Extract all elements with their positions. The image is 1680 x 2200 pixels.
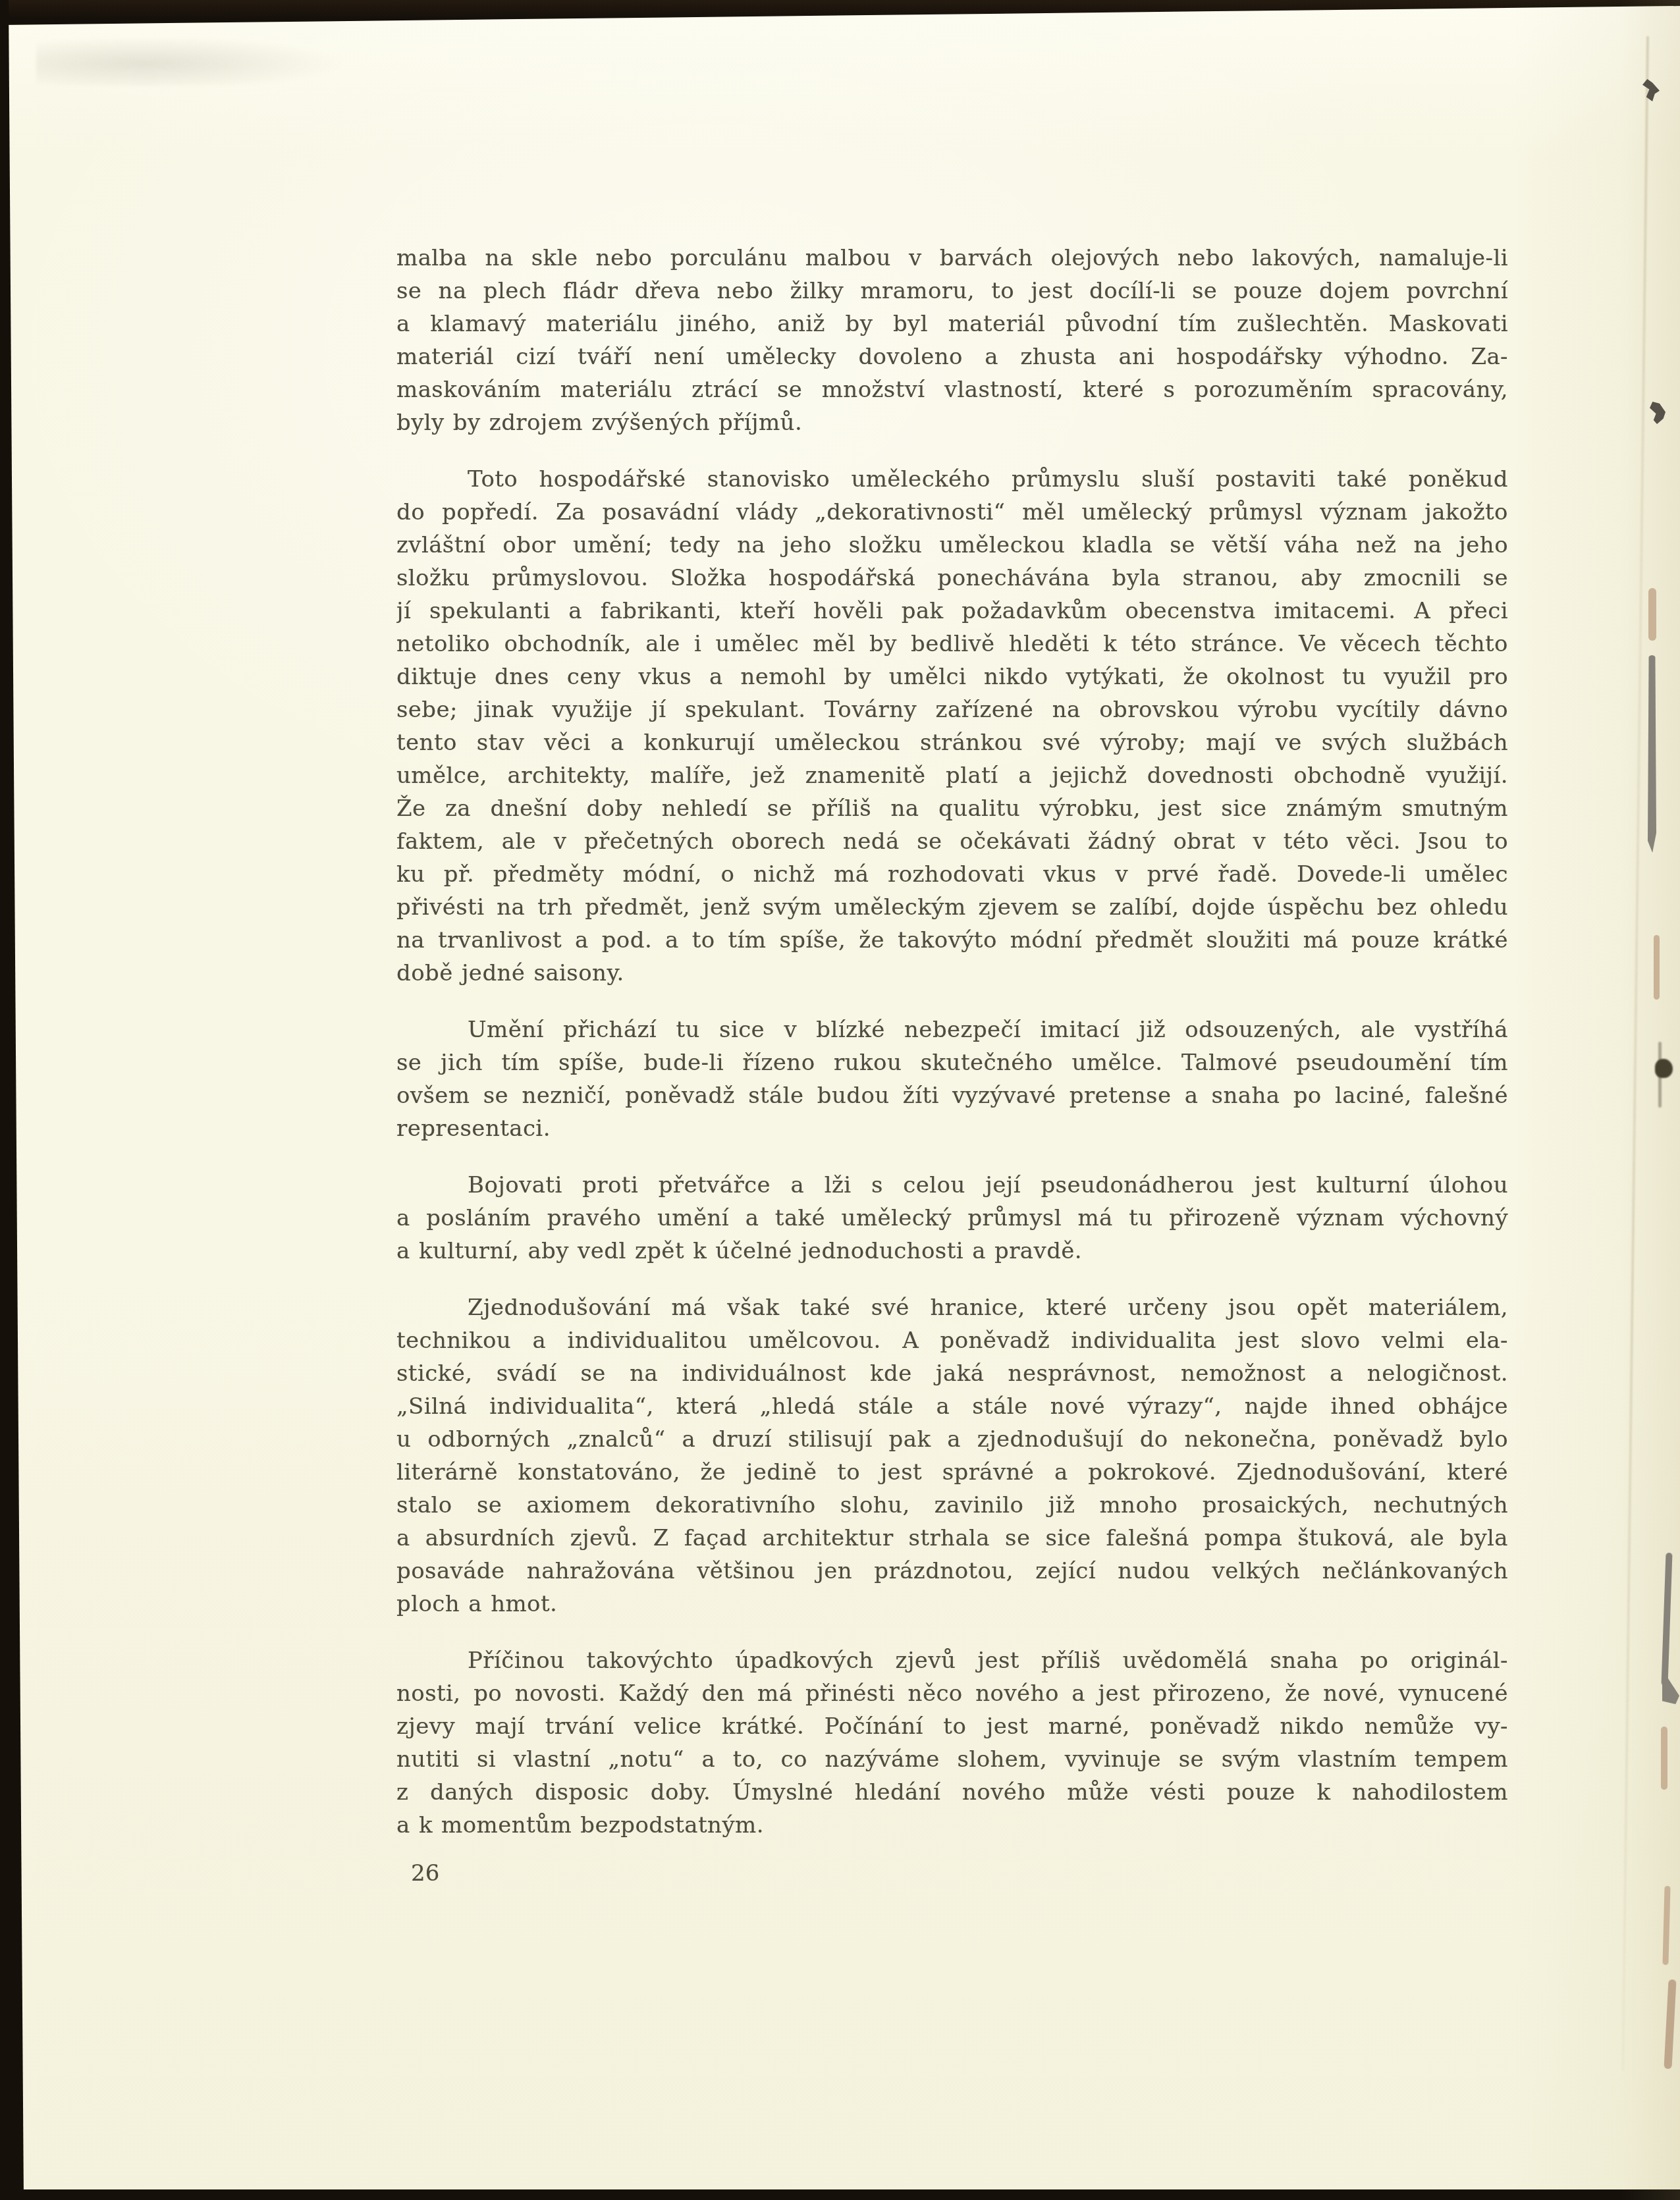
text-line: a absurdních zjevů. Z façad architektur … bbox=[396, 1522, 1508, 1555]
text-line: do popředí. Za posavádní vlády „dekorati… bbox=[396, 496, 1508, 529]
paper-smudge bbox=[36, 36, 346, 86]
scan-border-left bbox=[0, 0, 26, 2200]
text-line: a k momentům bezpodstatným. bbox=[396, 1809, 1508, 1842]
paragraph: Bojovati proti přetvářce a lži s celou j… bbox=[396, 1169, 1508, 1268]
scan-mark-gray-stroke bbox=[1648, 655, 1656, 853]
text-line: a posláním pravého umění a také umělecký… bbox=[396, 1202, 1508, 1235]
paragraph: Příčinou takovýchto úpadkových zjevů jes… bbox=[396, 1644, 1508, 1842]
text-line: literárně konstatováno, že jedině to jes… bbox=[396, 1456, 1508, 1489]
scan-mark-tan-dash-3 bbox=[1661, 1727, 1667, 1790]
text-line: zjevy mají trvání velice krátké. Počínán… bbox=[396, 1710, 1508, 1743]
scan-mark-tan-dash-2 bbox=[1654, 935, 1660, 1000]
paragraph: Zjednodušování má však také své hranice,… bbox=[396, 1291, 1508, 1621]
scan-mark-tan-dash-1 bbox=[1648, 588, 1656, 641]
text-line: se jich tím spíše, bude-li řízeno rukou … bbox=[396, 1046, 1508, 1079]
text-line: se na plech fládr dřeva nebo žilky mramo… bbox=[396, 275, 1508, 308]
text-line: stické, svádí se na individuálnost kde j… bbox=[396, 1357, 1508, 1390]
text-line: stalo se axiomem dekorativního slohu, za… bbox=[396, 1489, 1508, 1522]
text-line: nosti, po novosti. Každý den má přinésti… bbox=[396, 1677, 1508, 1710]
page-edge-shading bbox=[1621, 0, 1680, 2200]
text-line: na trvanlivost a pod. a to tím spíše, že… bbox=[396, 924, 1508, 957]
paragraph: Toto hospodářské stanovisko uměleckého p… bbox=[396, 463, 1508, 990]
text-line: sebe; jinak využije jí spekulant. Továrn… bbox=[396, 693, 1508, 726]
paragraph: malba na skle nebo porculánu malbou v ba… bbox=[396, 242, 1508, 439]
text-block: malba na skle nebo porculánu malbou v ba… bbox=[396, 242, 1508, 1842]
text-line: maskováním materiálu ztrácí se množství … bbox=[396, 373, 1508, 406]
text-line: složku průmyslovou. Složka hospodářská p… bbox=[396, 562, 1508, 595]
text-line: Že za dnešní doby nehledí se příliš na q… bbox=[396, 792, 1508, 825]
text-line: ku př. předměty módní, o nichž má rozhod… bbox=[396, 858, 1508, 891]
text-line: Bojovati proti přetvářce a lži s celou j… bbox=[396, 1169, 1508, 1202]
text-line: Toto hospodářské stanovisko uměleckého p… bbox=[396, 463, 1508, 496]
text-line: z daných disposic doby. Úmyslné hledání … bbox=[396, 1776, 1508, 1809]
text-line: zvláštní obor umění; tedy na jeho složku… bbox=[396, 529, 1508, 562]
text-line: Příčinou takovýchto úpadkových zjevů jes… bbox=[396, 1644, 1508, 1677]
text-line: Umění přichází tu sice v blízké nebezpeč… bbox=[396, 1013, 1508, 1046]
text-line: posaváde nahražována většinou jen prázdn… bbox=[396, 1555, 1508, 1588]
text-line: faktem, ale v přečetných oborech nedá se… bbox=[396, 825, 1508, 858]
scan-border-top bbox=[0, 0, 1680, 26]
paragraph: Umění přichází tu sice v blízké nebezpeč… bbox=[396, 1013, 1508, 1145]
scan-mark-ink-dot bbox=[1655, 1059, 1673, 1078]
text-line: umělce, architekty, malíře, jež znamenit… bbox=[396, 759, 1508, 792]
text-line: a kulturní, aby vedl zpět k účelné jedno… bbox=[396, 1235, 1508, 1268]
text-line: diktuje dnes ceny vkus a nemohl by umělc… bbox=[396, 660, 1508, 693]
text-line: netoliko obchodník, ale i umělec měl by … bbox=[396, 628, 1508, 660]
text-line: technikou a individualitou umělcovou. A … bbox=[396, 1324, 1508, 1357]
text-line: Zjednodušování má však také své hranice,… bbox=[396, 1291, 1508, 1324]
text-line: ploch a hmot. bbox=[396, 1588, 1508, 1621]
text-line: ovšem se nezničí, poněvadž stále budou ž… bbox=[396, 1079, 1508, 1112]
text-line: tento stav věci a konkurují uměleckou st… bbox=[396, 726, 1508, 759]
text-line: a klamavý materiálu jiného, aniž by byl … bbox=[396, 308, 1508, 340]
text-line: době jedné saisony. bbox=[396, 957, 1508, 990]
text-line: malba na skle nebo porculánu malbou v ba… bbox=[396, 242, 1508, 275]
text-line: u odborných „znalců“ a druzí stilisují p… bbox=[396, 1423, 1508, 1456]
scan-border-bottom bbox=[0, 2189, 1680, 2200]
scanned-page: malba na skle nebo porculánu malbou v ba… bbox=[0, 0, 1680, 2200]
text-line: „Silná individualita“, která „hledá stál… bbox=[396, 1390, 1508, 1423]
text-line: representaci. bbox=[396, 1112, 1508, 1145]
text-line: jí spekulanti a fabrikanti, kteří hověli… bbox=[396, 595, 1508, 628]
text-line: materiál cizí tváří není umělecky dovole… bbox=[396, 340, 1508, 373]
text-line: nutiti si vlastní „notu“ a to, co nazývá… bbox=[396, 1743, 1508, 1776]
text-line: přivésti na trh předmět, jenž svým uměle… bbox=[396, 891, 1508, 924]
page-number: 26 bbox=[411, 1857, 439, 1890]
text-line: byly by zdrojem zvýšených příjmů. bbox=[396, 406, 1508, 439]
